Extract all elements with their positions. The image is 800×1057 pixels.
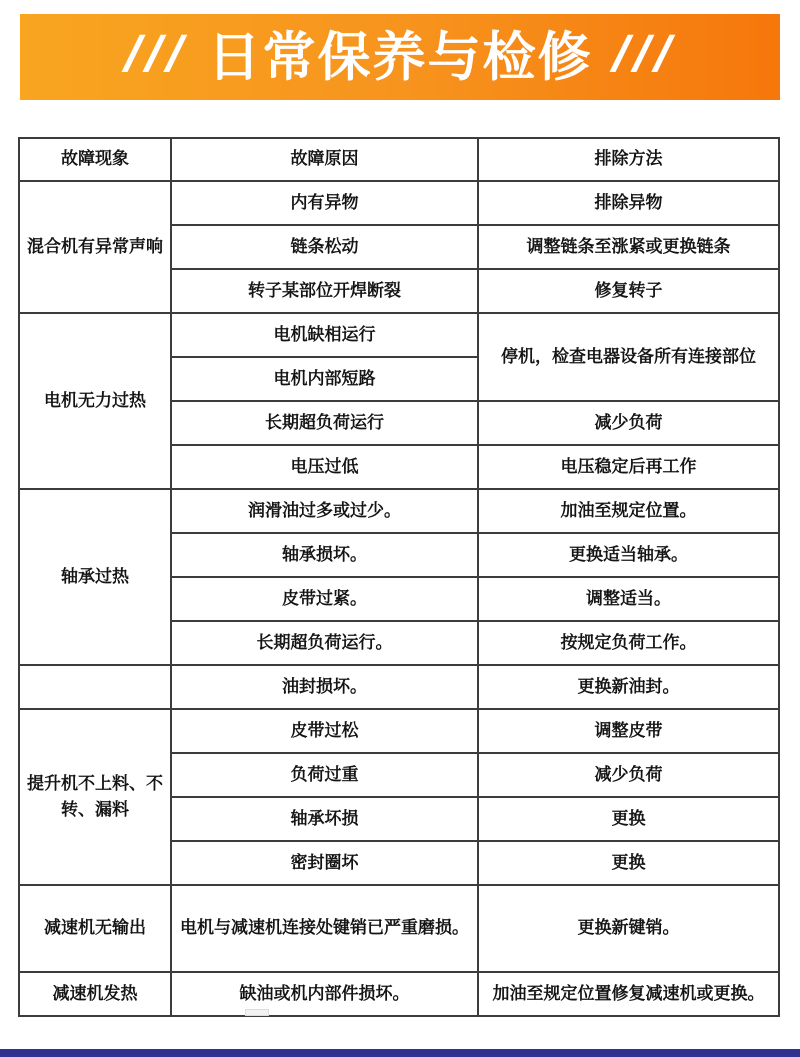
table-body: 混合机有异常声响内有异物排除异物链条松动调整链条至涨紧或更换链条转子某部位开焊断… (19, 181, 779, 1016)
table-row: 减速机无输出电机与减速机连接处键销已严重磨损。更换新键销。 (19, 885, 779, 972)
cause-cell: 电压过低 (171, 445, 478, 489)
remedy-cell: 更换 (478, 841, 779, 885)
header-fault-phenomenon: 故障现象 (19, 138, 171, 181)
remedy-cell: 调整链条至涨紧或更换链条 (478, 225, 779, 269)
phenomenon-cell: 轴承过热 (19, 489, 171, 665)
remedy-cell: 加油至规定位置修复减速机或更换。 (478, 972, 779, 1016)
phenomenon-cell: 减速机无输出 (19, 885, 171, 972)
remedy-cell: 加油至规定位置。 (478, 489, 779, 533)
cause-cell: 电机与减速机连接处键销已严重磨损。 (171, 885, 478, 972)
remedy-cell: 减少负荷 (478, 401, 779, 445)
page-artifact (245, 1009, 269, 1016)
table-row: 油封损坏。更换新油封。 (19, 665, 779, 709)
banner-left-slashes-decoration: /// (122, 29, 191, 85)
header-fault-cause: 故障原因 (171, 138, 478, 181)
maintenance-table: 故障现象 故障原因 排除方法 混合机有异常声响内有异物排除异物链条松动调整链条至… (18, 137, 780, 1017)
remedy-cell: 修复转子 (478, 269, 779, 313)
cause-cell: 内有异物 (171, 181, 478, 225)
cause-cell: 电机缺相运行 (171, 313, 478, 357)
cause-cell: 缺油或机内部件损坏。 (171, 972, 478, 1016)
cause-cell: 长期超负荷运行。 (171, 621, 478, 665)
cause-cell: 长期超负荷运行 (171, 401, 478, 445)
table-header-row: 故障现象 故障原因 排除方法 (19, 138, 779, 181)
phenomenon-cell: 提升机不上料、不转、漏料 (19, 709, 171, 885)
header-remedy: 排除方法 (478, 138, 779, 181)
table-row: 轴承过热润滑油过多或过少。加油至规定位置。 (19, 489, 779, 533)
phenomenon-cell: 混合机有异常声响 (19, 181, 171, 313)
page-title: 日常保养与检修 (208, 31, 593, 84)
cause-cell: 转子某部位开焊断裂 (171, 269, 478, 313)
cause-cell: 润滑油过多或过少。 (171, 489, 478, 533)
table-row: 减速机发热缺油或机内部件损坏。加油至规定位置修复减速机或更换。 (19, 972, 779, 1016)
remedy-cell: 更换新油封。 (478, 665, 779, 709)
cause-cell: 油封损坏。 (171, 665, 478, 709)
cause-cell: 电机内部短路 (171, 357, 478, 401)
remedy-cell: 更换适当轴承。 (478, 533, 779, 577)
remedy-cell: 调整皮带 (478, 709, 779, 753)
cause-cell: 皮带过紧。 (171, 577, 478, 621)
remedy-cell: 减少负荷 (478, 753, 779, 797)
cause-cell: 轴承坏损 (171, 797, 478, 841)
cause-cell: 皮带过松 (171, 709, 478, 753)
cause-cell: 负荷过重 (171, 753, 478, 797)
table-row: 混合机有异常声响内有异物排除异物 (19, 181, 779, 225)
table-row: 提升机不上料、不转、漏料皮带过松调整皮带 (19, 709, 779, 753)
remedy-cell: 电压稳定后再工作 (478, 445, 779, 489)
remedy-cell: 停机，检查电器设备所有连接部位 (478, 313, 779, 401)
table-row: 电机无力过热电机缺相运行停机，检查电器设备所有连接部位 (19, 313, 779, 357)
page-banner: /// 日常保养与检修 /// (20, 14, 780, 100)
cause-cell: 轴承损坏。 (171, 533, 478, 577)
remedy-cell: 更换 (478, 797, 779, 841)
remedy-cell: 按规定负荷工作。 (478, 621, 779, 665)
remedy-cell: 排除异物 (478, 181, 779, 225)
phenomenon-cell: 电机无力过热 (19, 313, 171, 489)
cause-cell: 链条松动 (171, 225, 478, 269)
bottom-divider-bar (0, 1049, 800, 1057)
phenomenon-cell (19, 665, 171, 709)
remedy-cell: 调整适当。 (478, 577, 779, 621)
cause-cell: 密封圈坏 (171, 841, 478, 885)
banner-right-slashes-decoration: /// (610, 29, 679, 85)
phenomenon-cell: 减速机发热 (19, 972, 171, 1016)
remedy-cell: 更换新键销。 (478, 885, 779, 972)
